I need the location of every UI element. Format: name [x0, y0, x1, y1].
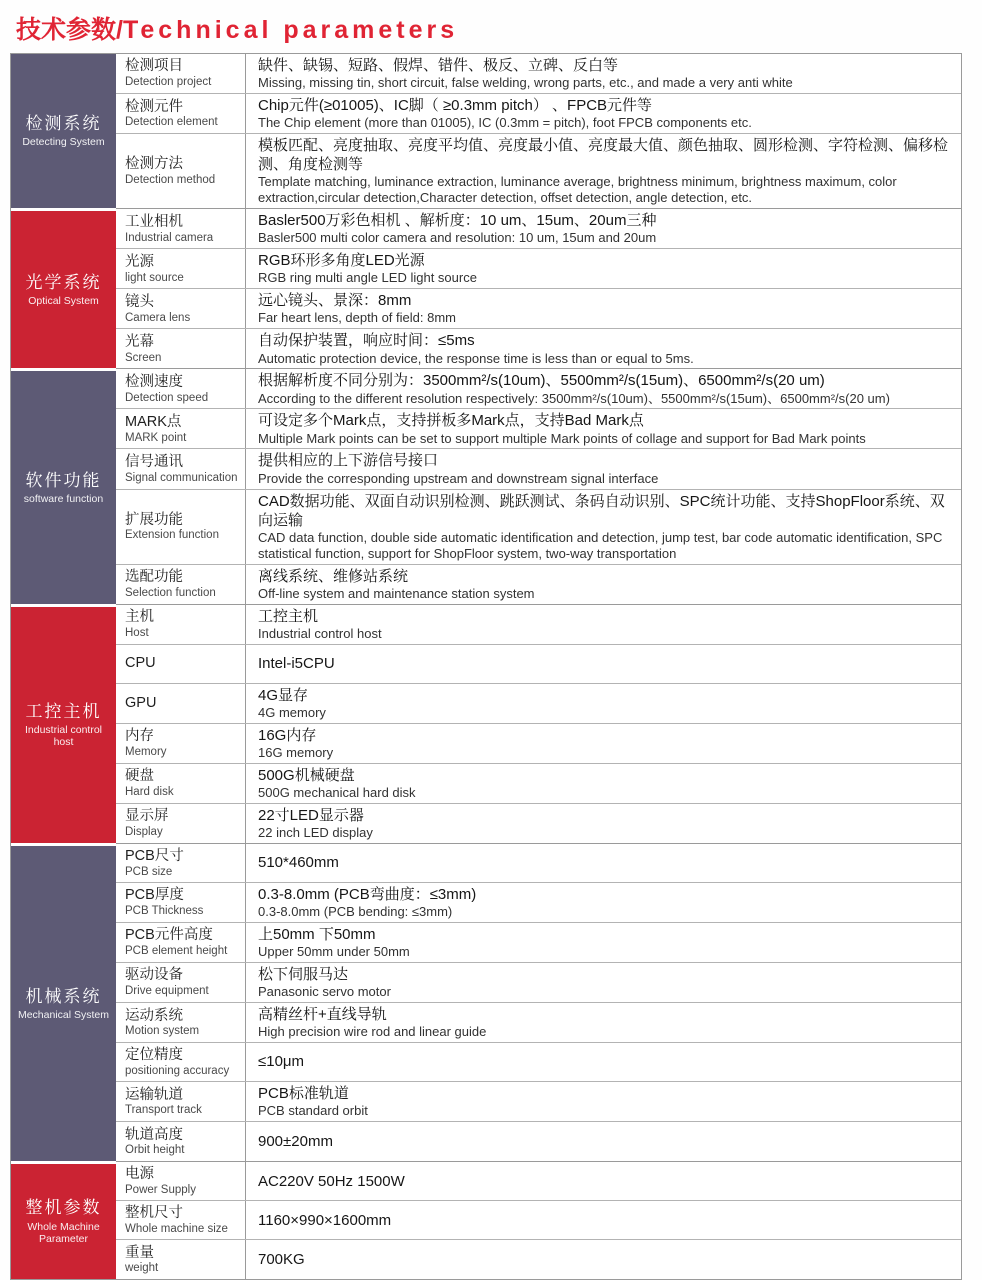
- section-rows: 检测速度Detection speed根据解析度不同分别为：3500mm²/s(…: [116, 368, 961, 603]
- table-row: 检测项目Detection project缺件、缺锡、短路、假焊、错件、极反、立…: [116, 54, 961, 94]
- value-cell: 510*460mm: [246, 844, 961, 882]
- table-row: 检测速度Detection speed根据解析度不同分别为：3500mm²/s(…: [116, 369, 961, 409]
- value-cell: 根据解析度不同分别为：3500mm²/s(10um)、5500mm²/s(15u…: [246, 369, 961, 408]
- param-name-cn: 检测项目: [125, 57, 241, 76]
- section-rows: 主机Host工控主机Industrial control hostCPUInte…: [116, 604, 961, 843]
- table-row: 硬盘Hard disk500G机械硬盘500G mechanical hard …: [116, 764, 961, 804]
- value-cell: Intel-i5CPU: [246, 645, 961, 683]
- param-cell: 检测方法Detection method: [116, 134, 246, 208]
- table-row: 显示屏Display22寸LED显示器22 inch LED display: [116, 804, 961, 843]
- param-cell: 电源Power Supply: [116, 1162, 246, 1200]
- param-name-cn: 运输轨道: [125, 1086, 241, 1105]
- param-name-cn: 检测元件: [125, 98, 241, 117]
- value-cell: 缺件、缺锡、短路、假焊、错件、极反、立碑、反白等Missing, missing…: [246, 54, 961, 93]
- param-name-cn: 光幕: [125, 333, 241, 352]
- value-cell: Chip元件(≥01005)、IC脚（ ≥0.3mm pitch） 、FPCB元…: [246, 94, 961, 133]
- value-cell: 700KG: [246, 1240, 961, 1279]
- value-en: 500G mechanical hard disk: [258, 785, 953, 801]
- section-label: 光学系统Optical System: [11, 208, 116, 368]
- param-name-en: Detection speed: [125, 392, 241, 405]
- value-cell: 可设定多个Mark点，支持拼板多Mark点，支持Bad Mark点Multipl…: [246, 409, 961, 448]
- param-cell: PCB尺寸PCB size: [116, 844, 246, 882]
- value-en: Off-line system and maintenance station …: [258, 586, 953, 602]
- value-cn: 工控主机: [258, 607, 953, 626]
- section-label: 检测系统Detecting System: [11, 54, 116, 208]
- value-en: 22 inch LED display: [258, 825, 953, 841]
- spec-section: 工控主机Industrial control host主机Host工控主机Ind…: [11, 604, 961, 843]
- section-rows: 工业相机Industrial cameraBasler500万彩色相机 、解析度…: [116, 208, 961, 368]
- table-row: PCB厚度PCB Thickness0.3-8.0mm (PCB弯曲度：≤3mm…: [116, 883, 961, 923]
- param-cell: CPU: [116, 645, 246, 683]
- param-name-en: positioning accuracy: [125, 1065, 241, 1078]
- param-name-cn: 主机: [125, 608, 241, 627]
- value-cn: 500G机械硬盘: [258, 766, 953, 785]
- section-label-cn: 整机参数: [26, 1197, 102, 1219]
- table-row: 选配功能Selection function离线系统、维修站系统Off-line…: [116, 565, 961, 604]
- param-cell: GPU: [116, 684, 246, 723]
- page-title-cn: 技术参数/: [16, 16, 123, 44]
- param-cell: 驱动设备Drive equipment: [116, 963, 246, 1002]
- spec-section: 机械系统Mechanical SystemPCB尺寸PCB size510*46…: [11, 843, 961, 1161]
- param-cell: 镜头Camera lens: [116, 289, 246, 328]
- value-cell: PCB标准轨道PCB standard orbit: [246, 1082, 961, 1121]
- section-label: 机械系统Mechanical System: [11, 843, 116, 1161]
- value-cell: 模板匹配、亮度抽取、亮度平均值、亮度最小值、亮度最大值、颜色抽取、圆形检测、字符…: [246, 134, 961, 208]
- param-name-cn: 轨道高度: [125, 1126, 241, 1145]
- value-cell: AC220V 50Hz 1500W: [246, 1162, 961, 1200]
- param-name-en: MARK point: [125, 432, 241, 445]
- value-en: Industrial control host: [258, 626, 953, 642]
- param-cell: 检测速度Detection speed: [116, 369, 246, 408]
- param-cell: 显示屏Display: [116, 804, 246, 843]
- param-name-cn: 选配功能: [125, 568, 241, 587]
- param-name-en: Industrial camera: [125, 232, 241, 245]
- param-name-en: Detection element: [125, 116, 241, 129]
- param-name-en: Detection project: [125, 76, 241, 89]
- value-cn: CAD数据功能、双面自动识别检测、跳跃测试、条码自动识别、SPC统计功能、支持S…: [258, 492, 953, 530]
- param-cell: 整机尺寸Whole machine size: [116, 1201, 246, 1239]
- param-name-cn: 定位精度: [125, 1046, 241, 1065]
- value-cn: Intel-i5CPU: [258, 654, 953, 673]
- param-cell: 光幕Screen: [116, 329, 246, 368]
- value-en: The Chip element (more than 01005), IC (…: [258, 115, 953, 131]
- section-label-cn: 软件功能: [26, 470, 102, 492]
- table-row: 运动系统Motion system高精丝杆+直线导轨High precision…: [116, 1003, 961, 1043]
- param-cell: 检测元件Detection element: [116, 94, 246, 133]
- param-name-cn: CPU: [125, 654, 241, 673]
- value-cell: 0.3-8.0mm (PCB弯曲度：≤3mm)0.3-8.0mm (PCB be…: [246, 883, 961, 922]
- param-cell: 定位精度positioning accuracy: [116, 1043, 246, 1081]
- spec-sheet-page: 技术参数/Technical parameters 检测系统Detecting …: [0, 0, 982, 1280]
- value-cn: 0.3-8.0mm (PCB弯曲度：≤3mm): [258, 885, 953, 904]
- param-name-cn: GPU: [125, 694, 241, 713]
- value-cn: 高精丝杆+直线导轨: [258, 1005, 953, 1024]
- param-name-cn: PCB厚度: [125, 886, 241, 905]
- table-row: 电源Power SupplyAC220V 50Hz 1500W: [116, 1162, 961, 1201]
- value-cn: 16G内存: [258, 726, 953, 745]
- value-en: Upper 50mm under 50mm: [258, 944, 953, 960]
- value-cn: 22寸LED显示器: [258, 806, 953, 825]
- value-cn: 自动保护装置，响应时间：≤5ms: [258, 331, 953, 350]
- spec-section: 整机参数Whole Machine Parameter电源Power Suppl…: [11, 1161, 961, 1279]
- section-label-en: Detecting System: [22, 136, 104, 149]
- value-cn: 700KG: [258, 1250, 953, 1269]
- table-row: MARK点MARK point可设定多个Mark点，支持拼板多Mark点，支持B…: [116, 409, 961, 449]
- section-label-en: Industrial control host: [14, 724, 113, 749]
- value-cell: 16G内存16G memory: [246, 724, 961, 763]
- value-cell: ≤10μm: [246, 1043, 961, 1081]
- value-en: Missing, missing tin, short circuit, fal…: [258, 75, 953, 91]
- param-name-cn: 硬盘: [125, 767, 241, 786]
- param-cell: PCB元件高度PCB element height: [116, 923, 246, 962]
- section-label-en: Mechanical System: [18, 1009, 109, 1022]
- param-name-en: Motion system: [125, 1025, 241, 1038]
- section-label: 工控主机Industrial control host: [11, 604, 116, 843]
- value-cn: ≤10μm: [258, 1052, 953, 1071]
- param-cell: 主机Host: [116, 605, 246, 644]
- spec-section: 检测系统Detecting System检测项目Detection projec…: [11, 54, 961, 208]
- section-rows: 检测项目Detection project缺件、缺锡、短路、假焊、错件、极反、立…: [116, 54, 961, 208]
- value-cell: 上50mm 下50mmUpper 50mm under 50mm: [246, 923, 961, 962]
- param-name-en: Screen: [125, 352, 241, 365]
- param-cell: 内存Memory: [116, 724, 246, 763]
- table-row: 定位精度positioning accuracy≤10μm: [116, 1043, 961, 1082]
- value-cell: 1160×990×1600mm: [246, 1201, 961, 1239]
- value-cell: 松下伺服马达Panasonic servo motor: [246, 963, 961, 1002]
- param-cell: 扩展功能Extension function: [116, 490, 246, 564]
- section-label-cn: 光学系统: [26, 272, 102, 294]
- param-name-en: Whole machine size: [125, 1223, 241, 1236]
- param-name-en: weight: [125, 1262, 241, 1275]
- param-name-cn: 重量: [125, 1244, 241, 1263]
- section-label-cn: 机械系统: [26, 986, 102, 1008]
- param-cell: 选配功能Selection function: [116, 565, 246, 604]
- param-name-cn: 内存: [125, 727, 241, 746]
- value-cell: 高精丝杆+直线导轨High precision wire rod and lin…: [246, 1003, 961, 1042]
- param-name-en: Detection method: [125, 174, 241, 187]
- table-row: PCB尺寸PCB size510*460mm: [116, 844, 961, 883]
- value-en: PCB standard orbit: [258, 1103, 953, 1119]
- value-en: According to the different resolution re…: [258, 391, 953, 407]
- param-name-cn: 扩展功能: [125, 511, 241, 530]
- value-en: RGB ring multi angle LED light source: [258, 270, 953, 286]
- table-row: 重量weight700KG: [116, 1240, 961, 1279]
- table-row: 信号通讯Signal communication提供相应的上下游信号接口Prov…: [116, 449, 961, 489]
- table-row: CPUIntel-i5CPU: [116, 645, 961, 684]
- value-cell: 500G机械硬盘500G mechanical hard disk: [246, 764, 961, 803]
- param-name-en: light source: [125, 272, 241, 285]
- value-cn: 松下伺服马达: [258, 965, 953, 984]
- value-en: Automatic protection device, the respons…: [258, 351, 953, 367]
- value-cn: 上50mm 下50mm: [258, 925, 953, 944]
- param-name-en: Camera lens: [125, 312, 241, 325]
- value-en: 0.3-8.0mm (PCB bending: ≤3mm): [258, 904, 953, 920]
- value-cn: 模板匹配、亮度抽取、亮度平均值、亮度最小值、亮度最大值、颜色抽取、圆形检测、字符…: [258, 136, 953, 174]
- table-row: 主机Host工控主机Industrial control host: [116, 605, 961, 645]
- section-label-en: software function: [24, 493, 103, 506]
- param-name-cn: 驱动设备: [125, 966, 241, 985]
- param-name-en: Selection function: [125, 587, 241, 600]
- value-cn: Basler500万彩色相机 、解析度：10 um、15um、20um三种: [258, 211, 953, 230]
- param-cell: PCB厚度PCB Thickness: [116, 883, 246, 922]
- param-name-cn: 电源: [125, 1165, 241, 1184]
- value-cell: 4G显存4G memory: [246, 684, 961, 723]
- table-row: 扩展功能Extension functionCAD数据功能、双面自动识别检测、跳…: [116, 490, 961, 565]
- value-cn: 510*460mm: [258, 853, 953, 872]
- value-cell: RGB环形多角度LED光源RGB ring multi angle LED li…: [246, 249, 961, 288]
- value-en: Basler500 multi color camera and resolut…: [258, 230, 953, 246]
- value-cell: 自动保护装置，响应时间：≤5msAutomatic protection dev…: [246, 329, 961, 368]
- value-en: Template matching, luminance extraction,…: [258, 174, 953, 206]
- section-label-cn: 检测系统: [26, 113, 102, 135]
- table-row: 工业相机Industrial cameraBasler500万彩色相机 、解析度…: [116, 209, 961, 249]
- table-row: 光幕Screen自动保护装置，响应时间：≤5msAutomatic protec…: [116, 329, 961, 368]
- table-row: 轨道高度Orbit height900±20mm: [116, 1122, 961, 1161]
- param-name-en: Host: [125, 627, 241, 640]
- section-rows: 电源Power SupplyAC220V 50Hz 1500W整机尺寸Whole…: [116, 1161, 961, 1279]
- param-name-cn: 信号通讯: [125, 453, 241, 472]
- table-row: 检测方法Detection method模板匹配、亮度抽取、亮度平均值、亮度最小…: [116, 134, 961, 208]
- param-name-en: Signal communication: [125, 472, 241, 485]
- spec-section: 软件功能software function检测速度Detection speed…: [11, 368, 961, 603]
- param-name-cn: 检测速度: [125, 373, 241, 392]
- param-name-cn: 光源: [125, 253, 241, 272]
- param-name-en: Memory: [125, 746, 241, 759]
- param-name-cn: PCB尺寸: [125, 847, 241, 866]
- param-cell: 光源light source: [116, 249, 246, 288]
- value-cn: 离线系统、维修站系统: [258, 567, 953, 586]
- value-en: 4G memory: [258, 705, 953, 721]
- section-label: 软件功能software function: [11, 368, 116, 603]
- value-cn: 根据解析度不同分别为：3500mm²/s(10um)、5500mm²/s(15u…: [258, 371, 953, 390]
- value-cn: AC220V 50Hz 1500W: [258, 1172, 953, 1191]
- table-row: 内存Memory16G内存16G memory: [116, 724, 961, 764]
- param-cell: 轨道高度Orbit height: [116, 1122, 246, 1161]
- technical-parameters-table: 检测系统Detecting System检测项目Detection projec…: [10, 53, 962, 1280]
- value-cell: 远心镜头、景深：8mmFar heart lens, depth of fiel…: [246, 289, 961, 328]
- param-cell: 检测项目Detection project: [116, 54, 246, 93]
- param-cell: MARK点MARK point: [116, 409, 246, 448]
- value-cn: 1160×990×1600mm: [258, 1211, 953, 1230]
- param-name-en: PCB size: [125, 866, 241, 879]
- value-cn: PCB标准轨道: [258, 1084, 953, 1103]
- param-name-cn: 整机尺寸: [125, 1204, 241, 1223]
- value-cn: 提供相应的上下游信号接口: [258, 451, 953, 470]
- table-row: 镜头Camera lens远心镜头、景深：8mmFar heart lens, …: [116, 289, 961, 329]
- value-cn: 远心镜头、景深：8mm: [258, 291, 953, 310]
- value-cell: 22寸LED显示器22 inch LED display: [246, 804, 961, 843]
- value-cell: 900±20mm: [246, 1122, 961, 1161]
- value-cn: 缺件、缺锡、短路、假焊、错件、极反、立碑、反白等: [258, 56, 953, 75]
- param-cell: 运输轨道Transport track: [116, 1082, 246, 1121]
- param-name-cn: 检测方法: [125, 155, 241, 174]
- table-row: PCB元件高度PCB element height上50mm 下50mmUppe…: [116, 923, 961, 963]
- section-label-en: Whole Machine Parameter: [14, 1221, 113, 1246]
- param-name-en: PCB element height: [125, 945, 241, 958]
- param-cell: 信号通讯Signal communication: [116, 449, 246, 488]
- value-cell: 离线系统、维修站系统Off-line system and maintenanc…: [246, 565, 961, 604]
- table-row: 驱动设备Drive equipment松下伺服马达Panasonic servo…: [116, 963, 961, 1003]
- table-row: 运输轨道Transport trackPCB标准轨道PCB standard o…: [116, 1082, 961, 1122]
- section-label-en: Optical System: [28, 295, 99, 308]
- param-cell: 运动系统Motion system: [116, 1003, 246, 1042]
- page-title: 技术参数/Technical parameters: [10, 6, 968, 53]
- section-rows: PCB尺寸PCB size510*460mmPCB厚度PCB Thickness…: [116, 843, 961, 1161]
- param-cell: 工业相机Industrial camera: [116, 209, 246, 248]
- value-en: 16G memory: [258, 745, 953, 761]
- value-en: Provide the corresponding upstream and d…: [258, 471, 953, 487]
- param-name-en: Hard disk: [125, 786, 241, 799]
- value-en: Far heart lens, depth of field: 8mm: [258, 310, 953, 326]
- value-cn: 4G显存: [258, 686, 953, 705]
- param-name-en: Drive equipment: [125, 985, 241, 998]
- value-en: Panasonic servo motor: [258, 984, 953, 1000]
- value-cn: Chip元件(≥01005)、IC脚（ ≥0.3mm pitch） 、FPCB元…: [258, 96, 953, 115]
- value-cn: RGB环形多角度LED光源: [258, 251, 953, 270]
- table-row: 光源light sourceRGB环形多角度LED光源RGB ring mult…: [116, 249, 961, 289]
- param-cell: 硬盘Hard disk: [116, 764, 246, 803]
- table-row: 检测元件Detection elementChip元件(≥01005)、IC脚（…: [116, 94, 961, 134]
- param-name-cn: 工业相机: [125, 213, 241, 232]
- param-name-cn: PCB元件高度: [125, 926, 241, 945]
- section-label: 整机参数Whole Machine Parameter: [11, 1161, 116, 1279]
- value-cell: 提供相应的上下游信号接口Provide the corresponding up…: [246, 449, 961, 488]
- value-cn: 900±20mm: [258, 1132, 953, 1151]
- param-name-cn: MARK点: [125, 413, 241, 432]
- param-name-en: Transport track: [125, 1104, 241, 1117]
- value-en: High precision wire rod and linear guide: [258, 1024, 953, 1040]
- value-cell: 工控主机Industrial control host: [246, 605, 961, 644]
- value-cell: Basler500万彩色相机 、解析度：10 um、15um、20um三种Bas…: [246, 209, 961, 248]
- param-cell: 重量weight: [116, 1240, 246, 1279]
- table-row: GPU4G显存4G memory: [116, 684, 961, 724]
- param-name-en: Power Supply: [125, 1184, 241, 1197]
- param-name-cn: 运动系统: [125, 1007, 241, 1026]
- spec-section: 光学系统Optical System工业相机Industrial cameraB…: [11, 208, 961, 368]
- param-name-en: Orbit height: [125, 1144, 241, 1157]
- param-name-cn: 镜头: [125, 293, 241, 312]
- param-name-en: PCB Thickness: [125, 905, 241, 918]
- section-label-cn: 工控主机: [26, 701, 102, 723]
- table-row: 整机尺寸Whole machine size1160×990×1600mm: [116, 1201, 961, 1240]
- param-name-en: Extension function: [125, 529, 241, 542]
- page-title-en: Technical parameters: [123, 16, 458, 44]
- param-name-en: Display: [125, 826, 241, 839]
- value-cell: CAD数据功能、双面自动识别检测、跳跃测试、条码自动识别、SPC统计功能、支持S…: [246, 490, 961, 564]
- param-name-cn: 显示屏: [125, 807, 241, 826]
- value-cn: 可设定多个Mark点，支持拼板多Mark点，支持Bad Mark点: [258, 411, 953, 430]
- value-en: Multiple Mark points can be set to suppo…: [258, 431, 953, 447]
- value-en: CAD data function, double side automatic…: [258, 530, 953, 562]
